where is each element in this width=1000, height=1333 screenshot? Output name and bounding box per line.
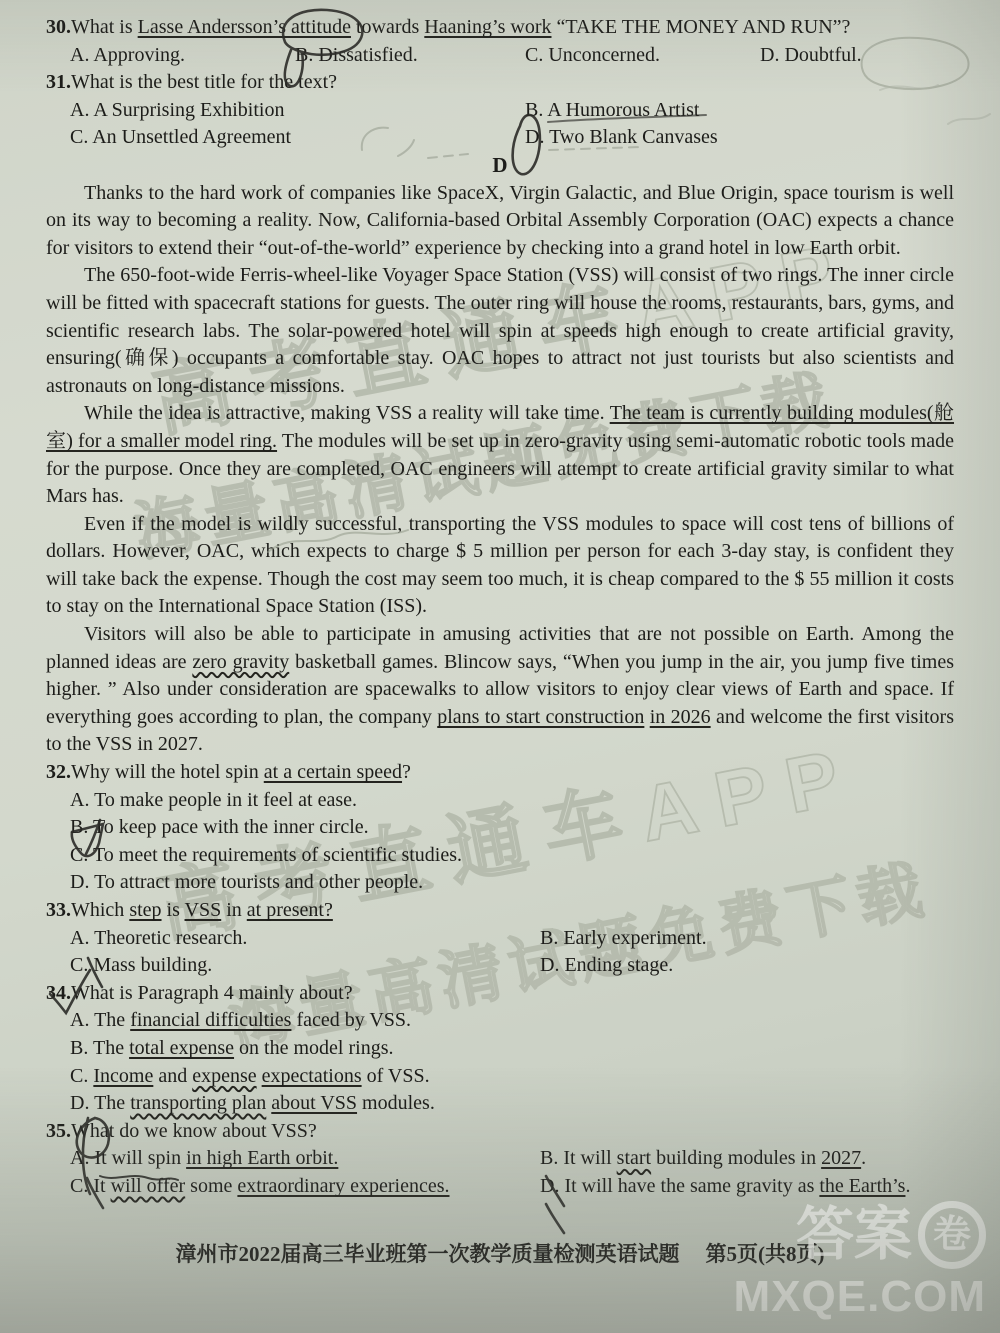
question-35-number: 35. bbox=[46, 1120, 71, 1142]
question-34-text: What is Paragraph 4 mainly about? bbox=[71, 982, 353, 1004]
q30-option-d: D. Doubtful. bbox=[760, 42, 862, 70]
q30-option-a: A. Approving. bbox=[70, 42, 295, 70]
passage-paragraph-4: Even if the model is wildly successful, … bbox=[46, 511, 954, 621]
q32-option-a: A. To make people in it feel at ease. bbox=[70, 787, 954, 815]
site-watermark-url: MXQE.COM bbox=[734, 1275, 986, 1319]
question-34-number: 34. bbox=[46, 982, 71, 1004]
q35-option-b: B. It will start building modules in 202… bbox=[540, 1145, 954, 1173]
question-33: 33.Which step is VSS in at present? bbox=[46, 897, 954, 925]
q31-option-a: A. A Surprising Exhibition bbox=[70, 97, 525, 125]
q33-option-b: B. Early experiment. bbox=[540, 925, 954, 953]
question-32: 32.Why will the hotel spin at a certain … bbox=[46, 759, 954, 787]
q33-option-d: D. Ending stage. bbox=[540, 952, 954, 980]
q35-slash-option-d bbox=[546, 1204, 564, 1233]
question-30-text: What is Lasse Andersson’s attitude towar… bbox=[71, 16, 850, 38]
question-33-text: Which step is VSS in at present? bbox=[71, 899, 333, 921]
q35-option-d: D. It will have the same gravity as the … bbox=[540, 1173, 954, 1201]
q34-option-d: D. The transporting plan about VSS modul… bbox=[70, 1090, 954, 1118]
question-31-text: What is the best title for the text? bbox=[71, 71, 337, 93]
q34-option-a: A. The financial difficulties faced by V… bbox=[70, 1007, 954, 1035]
q33-option-c: C. Mass building. bbox=[70, 952, 540, 980]
exam-content: 30.What is Lasse Andersson’s attitude to… bbox=[46, 14, 954, 1201]
q34-option-c: C. Income and expense expectations of VS… bbox=[70, 1063, 954, 1091]
footer-title: 漳州市2022届高三毕业班第一次教学质量检测英语试题 bbox=[176, 1242, 680, 1266]
q32-option-c: C. To meet the requirements of scientifi… bbox=[70, 842, 954, 870]
question-32-text: Why will the hotel spin at a certain spe… bbox=[71, 761, 411, 783]
q35-option-c: C. It will offer some extraordinary expe… bbox=[70, 1173, 540, 1201]
question-35: 35.What do we know about VSS? bbox=[46, 1118, 954, 1146]
question-33-number: 33. bbox=[46, 899, 71, 921]
passage-paragraph-5: Visitors will also be able to participat… bbox=[46, 621, 954, 759]
q30-option-c: C. Unconcerned. bbox=[525, 42, 760, 70]
question-35-text: What do we know about VSS? bbox=[71, 1120, 317, 1142]
q34-option-b: B. The total expense on the model rings. bbox=[70, 1035, 954, 1063]
passage-paragraph-2: The 650-foot-wide Ferris-wheel-like Voya… bbox=[46, 262, 954, 400]
question-31-options: A. A Surprising Exhibition B. A Humorous… bbox=[70, 97, 954, 152]
q31-option-b: B. A Humorous Artist bbox=[525, 97, 954, 125]
footer-page-number: 第5页(共8页) bbox=[706, 1242, 825, 1266]
question-30-number: 30. bbox=[46, 16, 71, 38]
question-33-options: A. Theoretic research. B. Early experime… bbox=[70, 925, 954, 980]
passage-paragraph-1: Thanks to the hard work of companies lik… bbox=[46, 180, 954, 263]
passage-section-label: D bbox=[46, 152, 954, 180]
question-35-options: A. It will spin in high Earth orbit. B. … bbox=[70, 1145, 954, 1200]
question-31: 31.What is the best title for the text? bbox=[46, 69, 954, 97]
q33-option-a: A. Theoretic research. bbox=[70, 925, 540, 953]
question-30-options: A. Approving. B. Dissatisfied. C. Unconc… bbox=[70, 42, 954, 70]
passage-paragraph-3: While the idea is attractive, making VSS… bbox=[46, 400, 954, 510]
q32-option-b: B. To keep pace with the inner circle. bbox=[70, 814, 954, 842]
q31-option-d: D. Two Blank Canvases bbox=[525, 124, 954, 152]
q31-option-c: C. An Unsettled Agreement bbox=[70, 124, 525, 152]
question-30: 30.What is Lasse Andersson’s attitude to… bbox=[46, 14, 954, 42]
scanned-exam-page: 高考直通车APP 海量高清试题免费下载 高考直通车APP 海量高清试题免费下载 … bbox=[0, 0, 1000, 1333]
question-34: 34.What is Paragraph 4 mainly about? bbox=[46, 980, 954, 1008]
question-32-number: 32. bbox=[46, 761, 71, 783]
q32-option-d: D. To attract more tourists and other pe… bbox=[70, 869, 954, 897]
q30-option-b: B. Dissatisfied. bbox=[295, 42, 525, 70]
q35-option-a: A. It will spin in high Earth orbit. bbox=[70, 1145, 540, 1173]
question-31-number: 31. bbox=[46, 71, 71, 93]
page-footer: 漳州市2022届高三毕业班第一次教学质量检测英语试题第5页(共8页) bbox=[0, 1238, 1000, 1268]
